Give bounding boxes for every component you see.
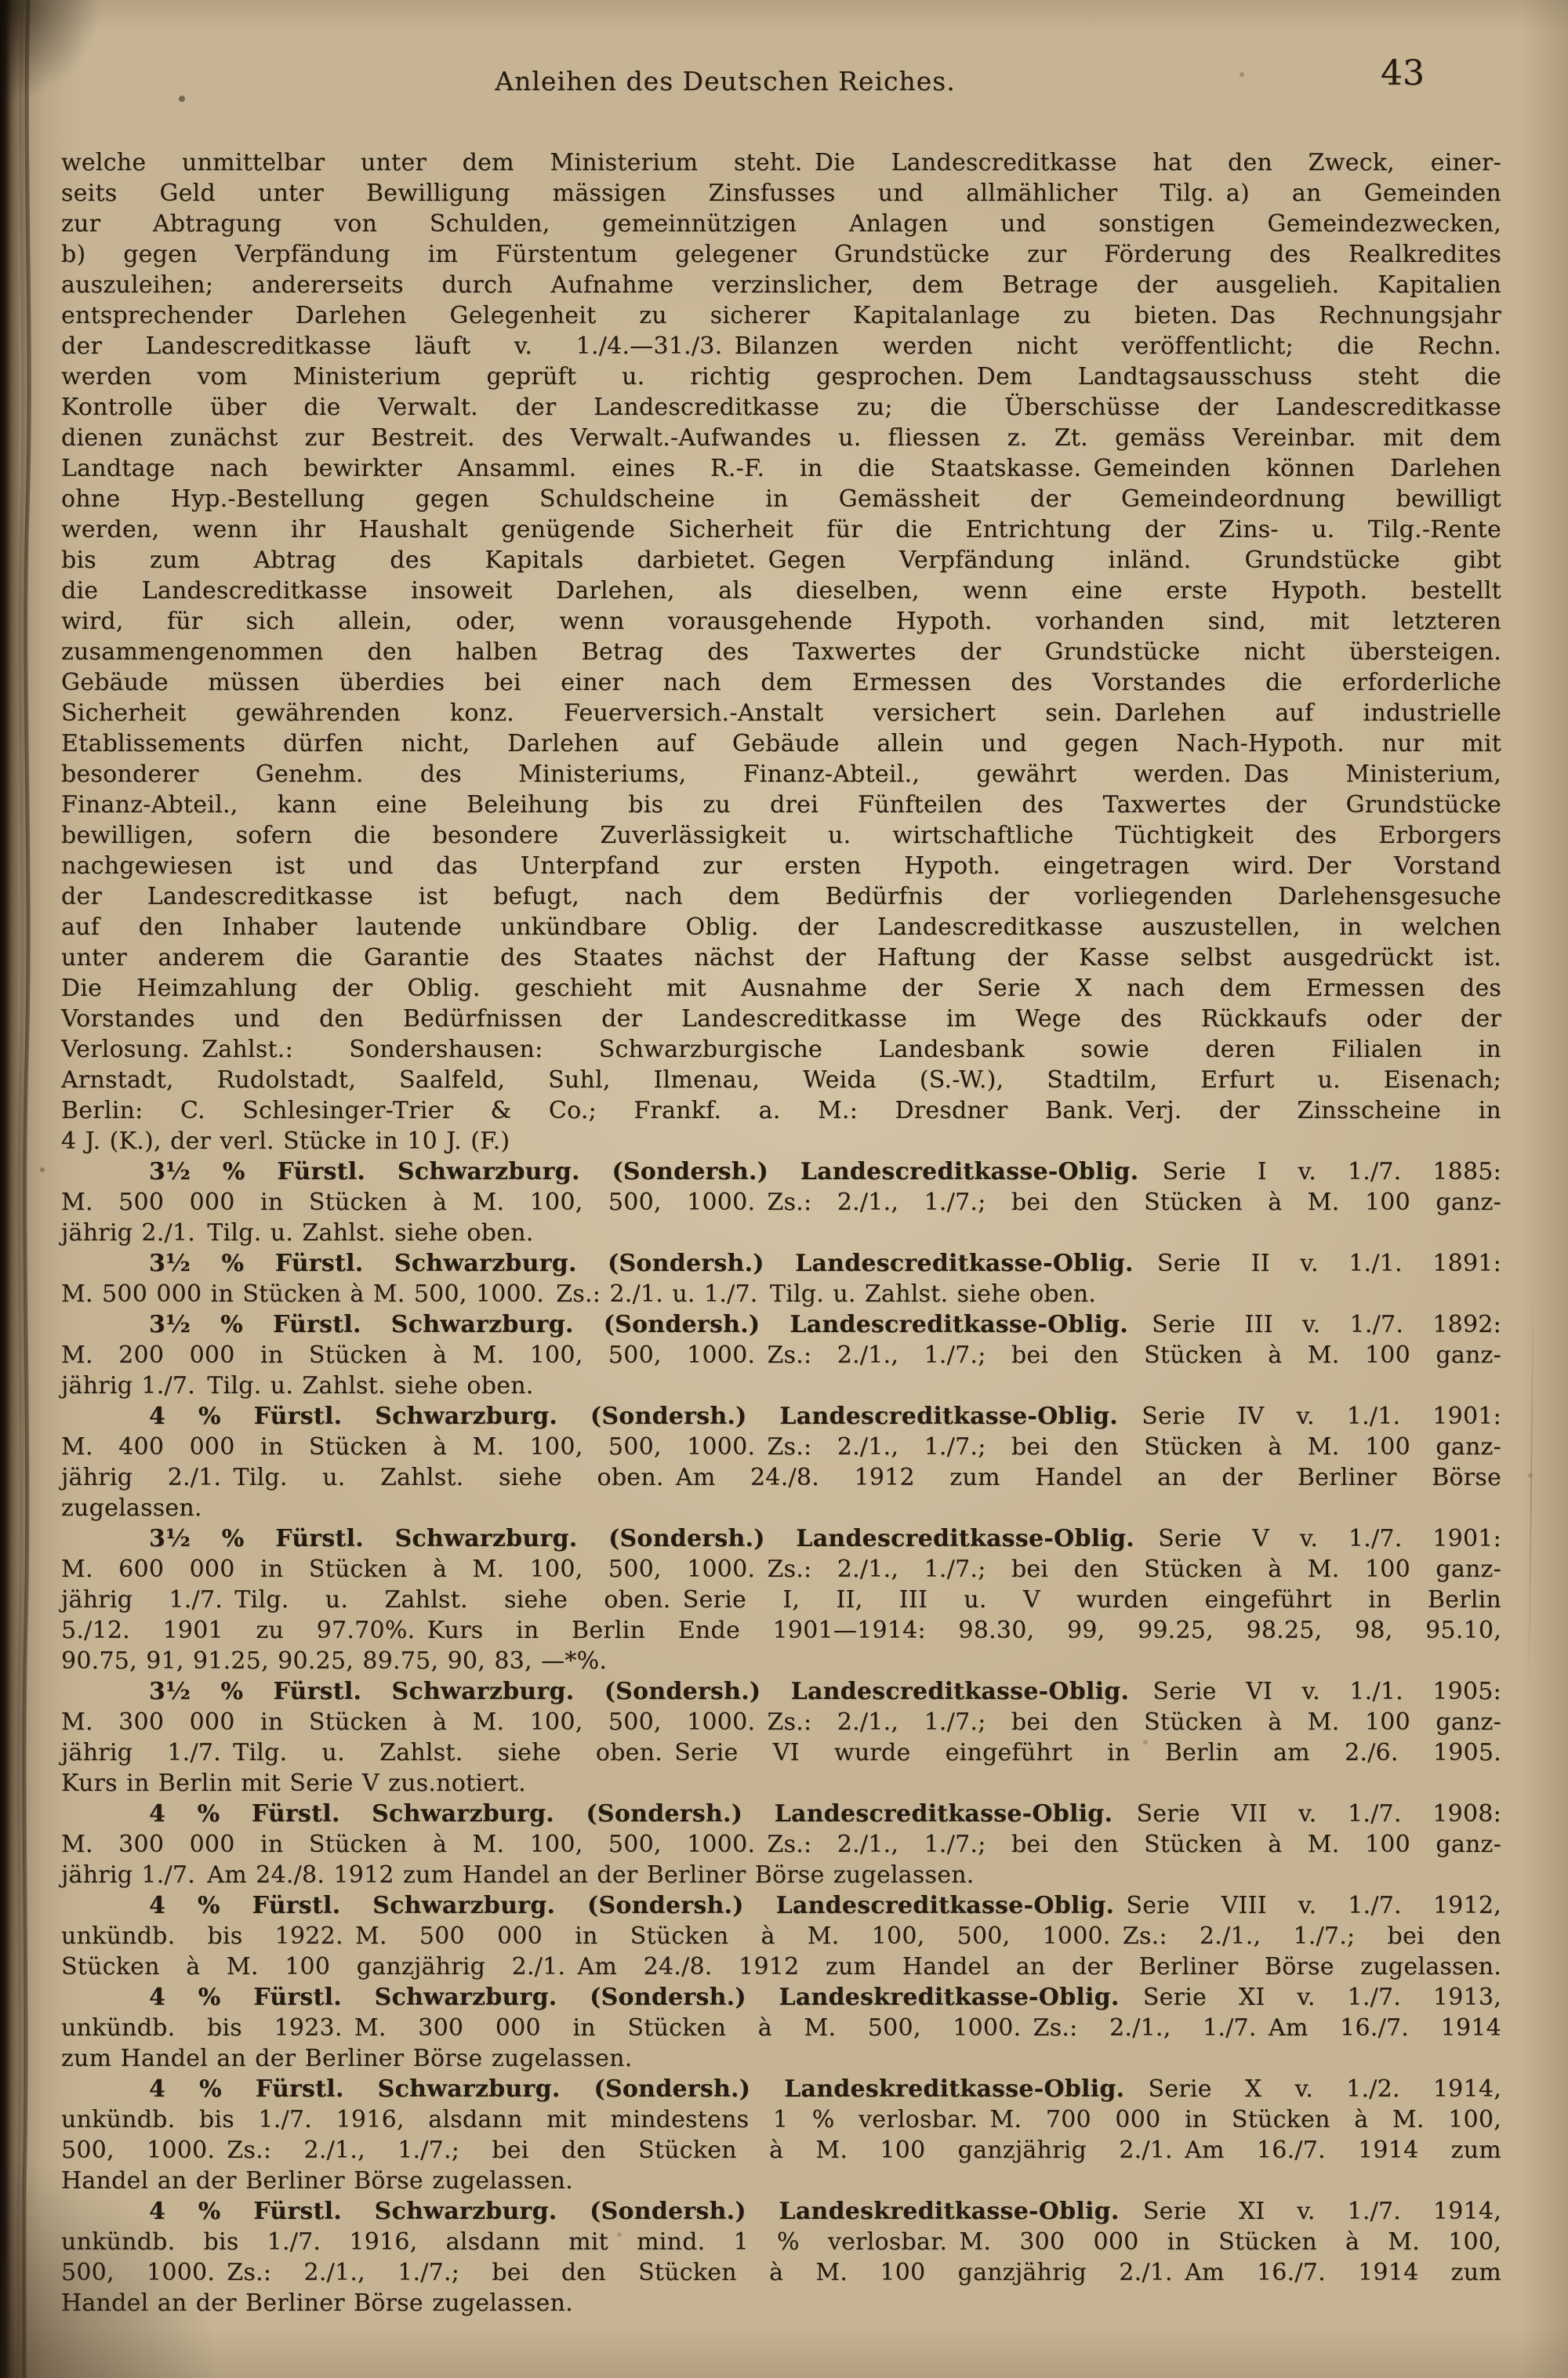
text-line: jährig 2./1. Tilg. u. Zahlst. siehe oben… bbox=[61, 1218, 1501, 1248]
text-line: zusammengenommen den halben Betrag des T… bbox=[61, 637, 1501, 667]
text-line: Arnstadt, Rudolstadt, Saalfeld, Suhl, Il… bbox=[61, 1065, 1501, 1095]
entry-regular-text: Serie VIII v. 1./7. 1912, bbox=[1114, 1892, 1501, 1919]
text-line: 5./12. 1901 zu 97.70%. Kurs in Berlin En… bbox=[61, 1615, 1501, 1646]
text-line: 500, 1000. Zs.: 2./1., 1./7.; bei den St… bbox=[61, 2257, 1501, 2288]
entry-regular-text: Serie II v. 1./1. 1891: bbox=[1134, 1250, 1501, 1277]
text-line: Handel an der Berliner Börse zugelassen. bbox=[61, 2288, 1501, 2318]
text-line: 3¹⁄₂ % Fürstl. Schwarzburg. (Sondersh.) … bbox=[61, 1309, 1501, 1340]
text-line: entsprechender Darlehen Gelegenheit zu s… bbox=[61, 300, 1501, 331]
text-line: Gebäude müssen überdies bei einer nach d… bbox=[61, 667, 1501, 698]
page-title: Anleihen des Deutschen Reiches. bbox=[0, 66, 1568, 97]
bond-entry-serie-XI-1913: 4 % Fürstl. Schwarzburg. (Sondersh.) Lan… bbox=[61, 1982, 1501, 2074]
entry-regular-text: Serie VII v. 1./7. 1908: bbox=[1112, 1800, 1501, 1828]
text-line: bewilligen, sofern die besondere Zuverlä… bbox=[61, 820, 1501, 851]
text-line: 4 % Fürstl. Schwarzburg. (Sondersh.) Lan… bbox=[61, 1982, 1501, 2013]
entry-bold-text: Fürstl. Schwarzburg. (Sondersh.) Landesc… bbox=[273, 1311, 1128, 1338]
text-line: die Landescreditkasse insoweit Darlehen,… bbox=[61, 575, 1501, 606]
text-line: Finanz-Abteil., kann eine Beleihung bis … bbox=[61, 790, 1501, 820]
text-line: 500, 1000. Zs.: 2./1., 1./7.; bei den St… bbox=[61, 2135, 1501, 2166]
entry-bold-text: Fürstl. Schwarzburg. (Sondersh.) Landesc… bbox=[252, 1800, 1112, 1828]
text-line: besonderer Genehm. des Ministeriums, Fin… bbox=[61, 759, 1501, 790]
text-line: 4 % Fürstl. Schwarzburg. (Sondersh.) Lan… bbox=[61, 2196, 1501, 2227]
text-line: jährig 1./7. Tilg. u. Zahlst. siehe oben… bbox=[61, 1585, 1501, 1615]
text-line: jährig 2./1. Tilg. u. Zahlst. siehe oben… bbox=[61, 1462, 1501, 1493]
text-line: Berlin: C. Schlesinger-Trier & Co.; Fran… bbox=[61, 1095, 1501, 1126]
entry-bold-text: 3¹⁄₂ % bbox=[149, 1158, 277, 1185]
text-line: der Landescreditkasse ist befugt, nach d… bbox=[61, 881, 1501, 912]
entry-regular-text: Serie XI v. 1./7. 1913, bbox=[1120, 1984, 1501, 2011]
text-line: Stücken à M. 100 ganzjährig 2./1. Am 24.… bbox=[61, 1951, 1501, 1982]
text-line: ohne Hyp.-Bestellung gegen Schuldscheine… bbox=[61, 484, 1501, 514]
text-block: welche unmittelbar unter dem Ministerium… bbox=[0, 147, 1568, 2318]
text-line: unter anderem die Garantie des Staates n… bbox=[61, 942, 1501, 973]
text-line: welche unmittelbar unter dem Ministerium… bbox=[61, 147, 1501, 178]
text-line: seits Geld unter Bewilligung mässigen Zi… bbox=[61, 178, 1501, 209]
text-line: 3¹⁄₂ % Fürstl. Schwarzburg. (Sondersh.) … bbox=[61, 1248, 1501, 1279]
text-line: Kontrolle über die Verwalt. der Landescr… bbox=[61, 392, 1501, 423]
page-header: Anleihen des Deutschen Reiches. 43 bbox=[0, 0, 1568, 110]
text-line: 3¹⁄₂ % Fürstl. Schwarzburg. (Sondersh.) … bbox=[61, 1676, 1501, 1707]
text-line: Landtage nach bewirkter Ansamml. eines R… bbox=[61, 453, 1501, 484]
text-line: Vorstandes und den Bedürfnissen der Land… bbox=[61, 1004, 1501, 1034]
text-line: 4 % Fürstl. Schwarzburg. (Sondersh.) Lan… bbox=[61, 1890, 1501, 1921]
text-line: 3¹⁄₂ % Fürstl. Schwarzburg. (Sondersh.) … bbox=[61, 1523, 1501, 1554]
text-line: 4 % Fürstl. Schwarzburg. (Sondersh.) Lan… bbox=[61, 1401, 1501, 1432]
entry-bold-text: 3¹⁄₂ % bbox=[149, 1678, 274, 1705]
text-line: der Landescreditkasse läuft v. 1./4.—31.… bbox=[61, 331, 1501, 361]
text-line: Etablissements dürfen nicht, Darlehen au… bbox=[61, 728, 1501, 759]
text-line: werden, wenn ihr Haushalt genügende Sich… bbox=[61, 514, 1501, 545]
entry-bold-text: Fürstl. Schwarzburg. (Sondersh.) Landesk… bbox=[253, 2198, 1119, 2225]
entry-bold-text: 3¹⁄₂ % bbox=[149, 1525, 275, 1552]
bond-entry-serie-XI-1914: 4 % Fürstl. Schwarzburg. (Sondersh.) Lan… bbox=[61, 2196, 1501, 2318]
book-page: Anleihen des Deutschen Reiches. 43 welch… bbox=[0, 0, 1568, 2378]
entry-bold-text: Fürstl. Schwarzburg. (Sondersh.) Landesc… bbox=[254, 1403, 1118, 1430]
entry-regular-text: Serie XI v. 1./7. 1914, bbox=[1120, 2198, 1501, 2225]
entry-bold-text: Fürstl. Schwarzburg. (Sondersh.) Landesk… bbox=[256, 2075, 1124, 2103]
entry-bold-text: 4 % bbox=[149, 2198, 253, 2225]
text-line: unkündb. bis 1923. M. 300 000 in Stücken… bbox=[61, 2013, 1501, 2043]
text-line: unkündb. bis 1./7. 1916, alsdann mit min… bbox=[61, 2227, 1501, 2257]
entry-bold-text: Fürstl. Schwarzburg. (Sondersh.) Landesc… bbox=[275, 1250, 1134, 1277]
entry-bold-text: 3¹⁄₂ % bbox=[149, 1250, 275, 1277]
entry-regular-text: Serie IV v. 1./1. 1901: bbox=[1118, 1403, 1501, 1430]
text-line: jährig 1./7. Tilg. u. Zahlst. siehe oben… bbox=[61, 1371, 1501, 1401]
text-line: Handel an der Berliner Börse zugelassen. bbox=[61, 2166, 1501, 2196]
entry-bold-text: Fürstl. Schwarzburg. (Sondersh.) Landesc… bbox=[274, 1678, 1130, 1705]
text-line: unkündb. bis 1./7. 1916, alsdann mit min… bbox=[61, 2104, 1501, 2135]
text-line: jährig 1./7. Tilg. u. Zahlst. siehe oben… bbox=[61, 1737, 1501, 1768]
intro-paragraph: welche unmittelbar unter dem Ministerium… bbox=[61, 147, 1501, 1156]
text-line: Verlosung. Zahlst.: Sondershausen: Schwa… bbox=[61, 1034, 1501, 1065]
entry-bold-text: 3¹⁄₂ % bbox=[149, 1311, 273, 1338]
text-line: M. 200 000 in Stücken à M. 100, 500, 100… bbox=[61, 1340, 1501, 1371]
text-line: auszuleihen; andererseits durch Aufnahme… bbox=[61, 270, 1501, 300]
text-line: 4 J. (K.), der verl. Stücke in 10 J. (F.… bbox=[61, 1126, 1501, 1156]
entry-bold-text: 4 % bbox=[149, 2075, 256, 2103]
text-line: M. 300 000 in Stücken à M. 100, 500, 100… bbox=[61, 1707, 1501, 1737]
entry-bold-text: Fürstl. Schwarzburg. (Sondersh.) Landesc… bbox=[275, 1525, 1134, 1552]
entry-regular-text: Serie VI v. 1./1. 1905: bbox=[1129, 1678, 1501, 1705]
entry-bold-text: Fürstl. Schwarzburg. (Sondersh.) Landesc… bbox=[252, 1892, 1114, 1919]
bond-entry-serie-IV: 4 % Fürstl. Schwarzburg. (Sondersh.) Lan… bbox=[61, 1401, 1501, 1523]
text-line: auf den Inhaber lautende unkündbare Obli… bbox=[61, 912, 1501, 942]
entry-bold-text: 4 % bbox=[149, 1800, 252, 1828]
text-line: M. 400 000 in Stücken à M. 100, 500, 100… bbox=[61, 1432, 1501, 1462]
bond-entry-serie-VIII: 4 % Fürstl. Schwarzburg. (Sondersh.) Lan… bbox=[61, 1890, 1501, 1982]
text-line: bis zum Abtrag des Kapitals darbietet. G… bbox=[61, 545, 1501, 575]
text-line: jährig 1./7. Am 24./8. 1912 zum Handel a… bbox=[61, 1860, 1501, 1890]
entry-regular-text: Serie V v. 1./7. 1901: bbox=[1134, 1525, 1501, 1552]
text-line: M. 600 000 in Stücken à M. 100, 500, 100… bbox=[61, 1554, 1501, 1585]
text-line: zum Handel an der Berliner Börse zugelas… bbox=[61, 2043, 1501, 2074]
text-line: 90.75, 91, 91.25, 90.25, 89.75, 90, 83, … bbox=[61, 1646, 1501, 1676]
text-line: Die Heimzahlung der Oblig. geschieht mit… bbox=[61, 973, 1501, 1004]
text-line: M. 500 000 in Stücken à M. 100, 500, 100… bbox=[61, 1187, 1501, 1218]
text-line: nachgewiesen ist und das Unterpfand zur … bbox=[61, 851, 1501, 881]
text-line: werden vom Ministerium geprüft u. richti… bbox=[61, 361, 1501, 392]
page-number: 43 bbox=[1381, 56, 1425, 91]
entry-regular-text: Serie I v. 1./7. 1885: bbox=[1138, 1158, 1501, 1185]
bond-entry-serie-V: 3¹⁄₂ % Fürstl. Schwarzburg. (Sondersh.) … bbox=[61, 1523, 1501, 1676]
text-line: zur Abtragung von Schulden, gemeinnützig… bbox=[61, 209, 1501, 239]
bond-entry-serie-VII: 4 % Fürstl. Schwarzburg. (Sondersh.) Lan… bbox=[61, 1799, 1501, 1890]
text-line: 4 % Fürstl. Schwarzburg. (Sondersh.) Lan… bbox=[61, 2074, 1501, 2104]
bond-entry-serie-X: 4 % Fürstl. Schwarzburg. (Sondersh.) Lan… bbox=[61, 2074, 1501, 2196]
bond-entry-serie-VI: 3¹⁄₂ % Fürstl. Schwarzburg. (Sondersh.) … bbox=[61, 1676, 1501, 1799]
entry-bold-text: 4 % bbox=[149, 1984, 253, 2011]
entry-bold-text: 4 % bbox=[149, 1892, 252, 1919]
bond-entry-serie-III: 3¹⁄₂ % Fürstl. Schwarzburg. (Sondersh.) … bbox=[61, 1309, 1501, 1401]
entry-regular-text: Serie X v. 1./2. 1914, bbox=[1124, 2075, 1501, 2103]
entry-bold-text: 4 % bbox=[149, 1403, 254, 1430]
bond-entry-serie-II: 3¹⁄₂ % Fürstl. Schwarzburg. (Sondersh.) … bbox=[61, 1248, 1501, 1309]
text-line: zugelassen. bbox=[61, 1493, 1501, 1523]
entry-regular-text: Serie III v. 1./7. 1892: bbox=[1128, 1311, 1501, 1338]
entry-bold-text: Fürstl. Schwarzburg. (Sondersh.) Landesc… bbox=[277, 1158, 1138, 1185]
text-line: M. 300 000 in Stücken à M. 100, 500, 100… bbox=[61, 1829, 1501, 1860]
bond-entries: 3¹⁄₂ % Fürstl. Schwarzburg. (Sondersh.) … bbox=[61, 1156, 1501, 2318]
text-line: 4 % Fürstl. Schwarzburg. (Sondersh.) Lan… bbox=[61, 1799, 1501, 1829]
text-line: wird, für sich allein, oder, wenn voraus… bbox=[61, 606, 1501, 637]
text-line: b) gegen Verpfändung im Fürstentum geleg… bbox=[61, 239, 1501, 270]
text-line: Kurs in Berlin mit Serie V zus.notiert. bbox=[61, 1768, 1501, 1799]
bond-entry-serie-I: 3¹⁄₂ % Fürstl. Schwarzburg. (Sondersh.) … bbox=[61, 1156, 1501, 1248]
text-line: unkündb. bis 1922. M. 500 000 in Stücken… bbox=[61, 1921, 1501, 1951]
text-line: dienen zunächst zur Bestreit. des Verwal… bbox=[61, 423, 1501, 453]
entry-bold-text: Fürstl. Schwarzburg. (Sondersh.) Landesk… bbox=[253, 1984, 1119, 2011]
text-line: 3¹⁄₂ % Fürstl. Schwarzburg. (Sondersh.) … bbox=[61, 1156, 1501, 1187]
text-line: Sicherheit gewährenden konz. Feuerversic… bbox=[61, 698, 1501, 728]
text-line: M. 500 000 in Stücken à M. 500, 1000. Zs… bbox=[61, 1279, 1501, 1309]
